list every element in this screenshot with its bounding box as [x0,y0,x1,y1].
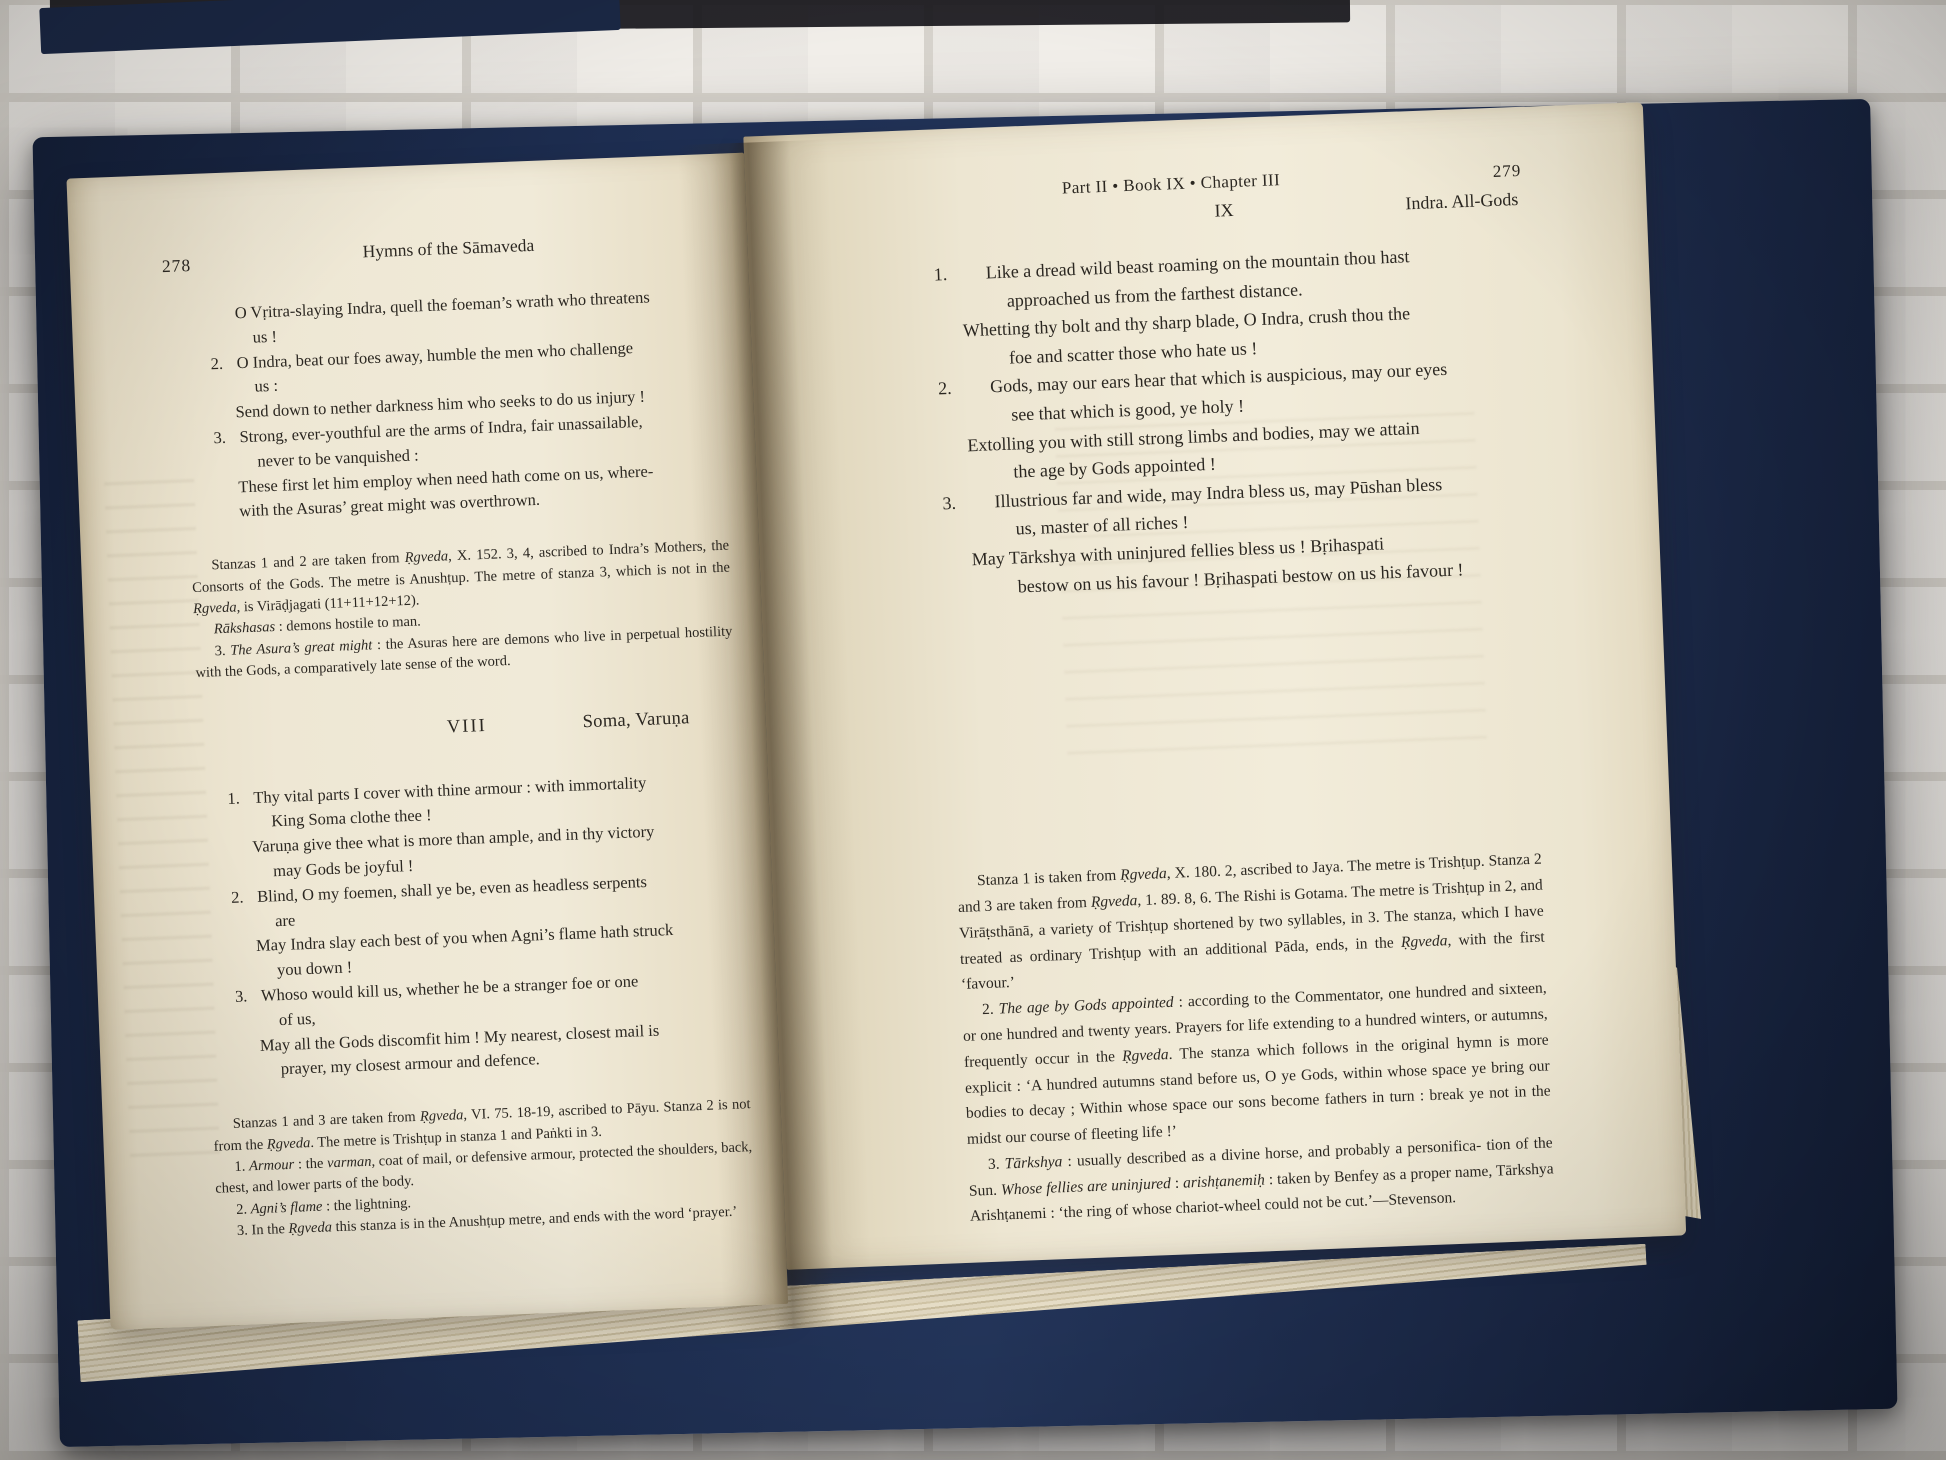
notes-block-hymn-viii: Stanzas 1 and 3 are taken from Ṛgveda, V… [213,1094,756,1243]
chapter-header: Part II • Book IX • Chapter III [1062,170,1281,198]
stanza-number: 2. [938,374,953,403]
verse-line-text: may Gods be joyful ! [273,856,414,880]
verse-line-text: King Soma clothe thee ! [271,806,432,831]
stanza-number: 2. [231,885,244,910]
section-number: VIII [446,716,487,738]
page-number-left: 278 [162,255,192,277]
section-heading-viii: VIII Soma, Varuṇa [198,706,736,748]
stanza-number: 3. [942,489,957,518]
section-title: Indra. All-Gods [1405,189,1519,214]
stanza-number: 2. [210,351,223,376]
verse-block-hymn-vii: O Vṛitra-slaying Indra, quell the foeman… [181,283,727,527]
right-page: Part II • Book IX • Chapter III 279 IX I… [743,102,1686,1270]
note-paragraph: Stanza 1 is taken from Ṛgveda, X. 180. 2… [957,847,1547,998]
notes-block-hymn-ix: Stanza 1 is taken from Ṛgveda, X. 180. 2… [957,847,1555,1230]
verse-block-hymn-viii: 1.Thy vital parts I cover with thine arm… [200,767,749,1085]
photo-scene: 278 Hymns of the Sāmaveda O Vṛitra-slayi… [0,0,1946,1460]
note-text: Stanza 1 is taken from Ṛgveda, X. 180. 2… [958,851,1545,994]
stanza-number: 1. [933,260,948,289]
stanza-number: 1. [227,786,240,811]
left-page: 278 Hymns of the Sāmaveda O Vṛitra-slayi… [66,153,788,1330]
verse-line-text: us : [254,376,278,396]
stanza-number: 3. [235,984,248,1009]
section-number: IX [1214,200,1234,221]
left-page-header: 278 Hymns of the Sāmaveda [179,228,717,270]
show-through-ghost [1055,409,1487,755]
note-paragraph: 2. The age by Gods appointed : according… [962,976,1553,1153]
verse-line-text: are [275,910,296,930]
verse-line-text: of us, [279,1009,316,1029]
verse-line-text: you down ! [277,958,353,980]
note-text: 2. Agni’s flame : the lightning. [236,1195,411,1218]
verse-line-text: us ! [252,327,277,347]
note-text: 2. The age by Gods appointed : according… [963,980,1551,1148]
notes-block-hymn-vii: Stanzas 1 and 2 are taken from Ṛgveda, X… [191,536,734,685]
verse-line-text: never to be vanquished : [257,445,419,470]
running-title: Hymns of the Sāmaveda [362,235,534,262]
stanza-number: 3. [213,426,226,451]
open-book-spread: 278 Hymns of the Sāmaveda O Vṛitra-slayi… [66,118,1687,1330]
page-number-right: 279 [1492,161,1521,182]
section-title: Soma, Varuṇa [582,708,690,733]
